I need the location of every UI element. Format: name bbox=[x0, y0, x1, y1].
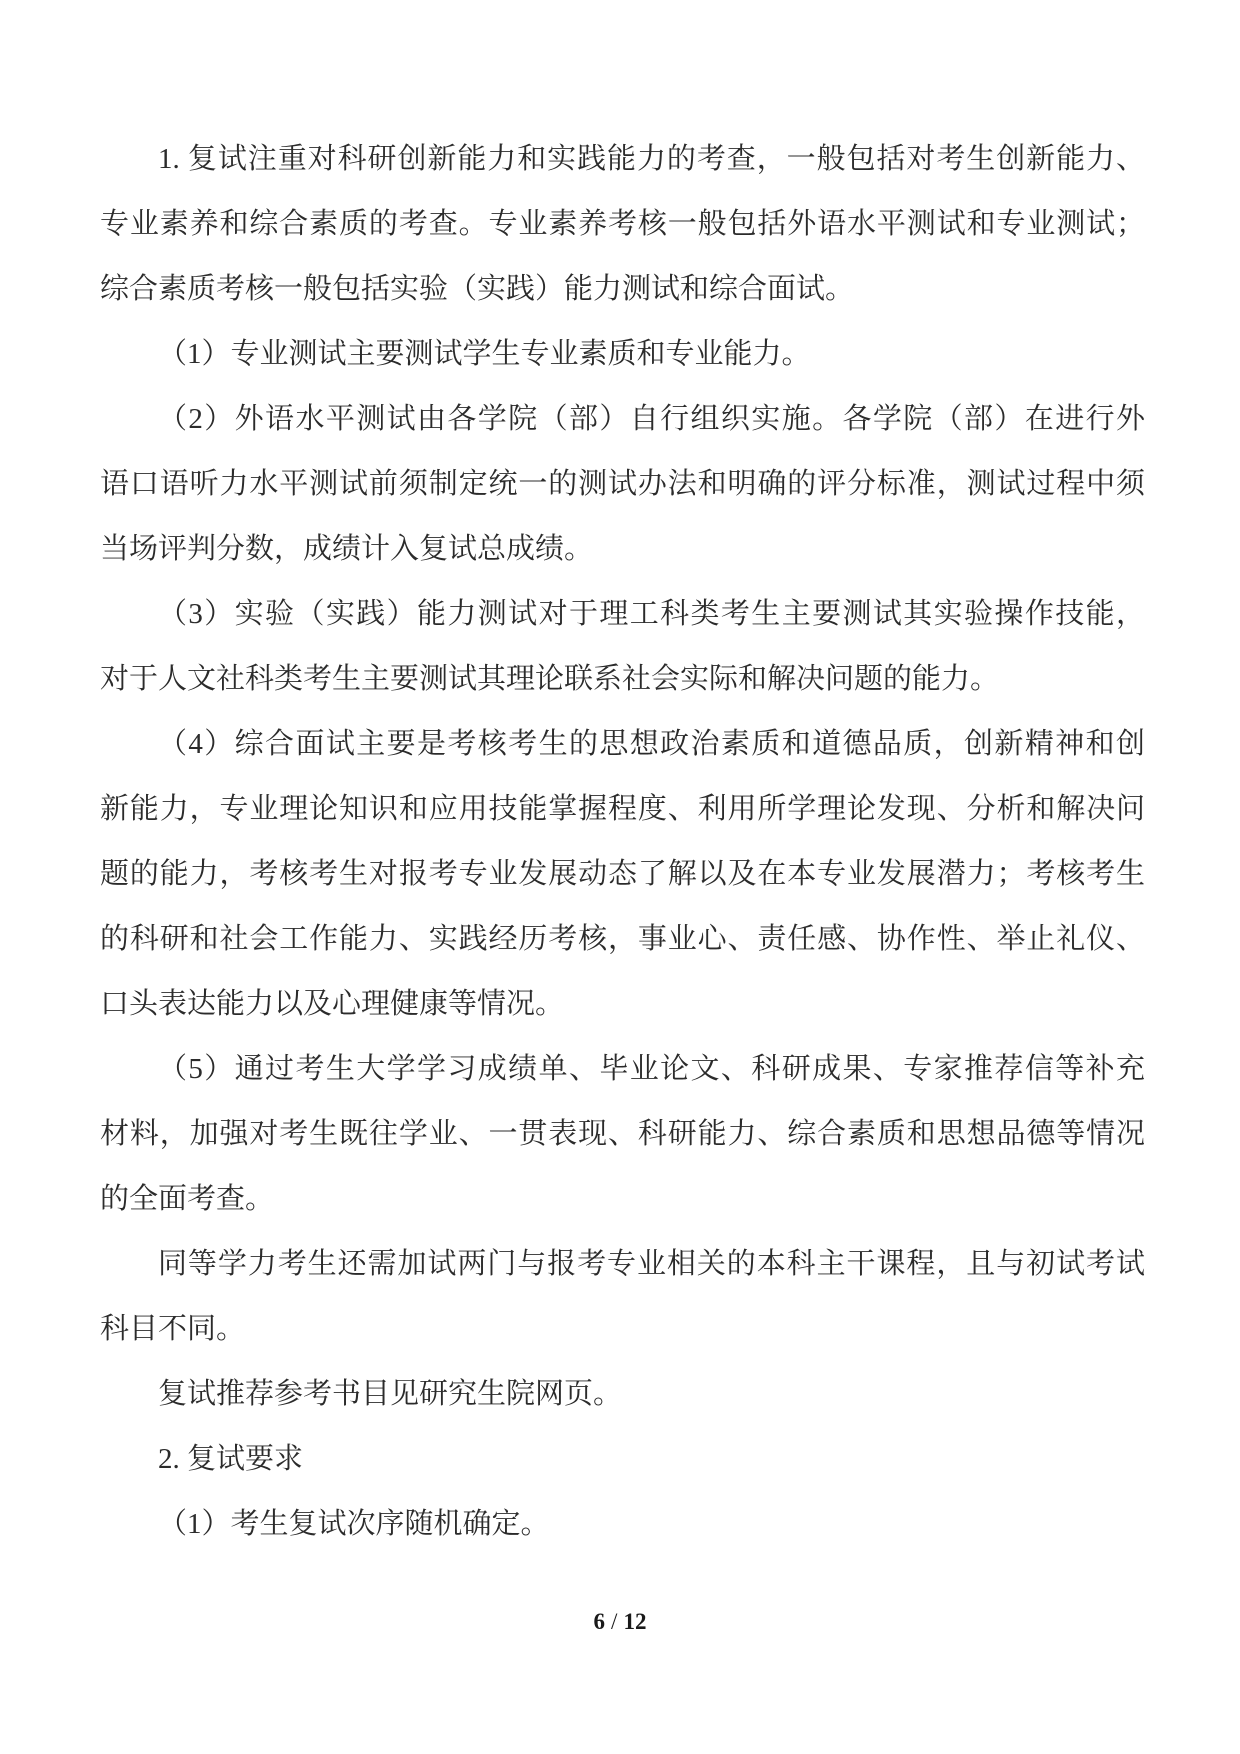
text-line: （3）实验（实践）能力测试对于理工科类考生主要测试其实验操作技能， bbox=[100, 582, 1145, 647]
text-line: 1. 复试注重对科研创新能力和实践能力的考查，一般包括对考生创新能力、 bbox=[100, 127, 1145, 192]
document-body: 1. 复试注重对科研创新能力和实践能力的考查，一般包括对考生创新能力、 专业素养… bbox=[100, 127, 1145, 1557]
page-number-total: 12 bbox=[623, 1609, 646, 1634]
text-line: 专业素养和综合素质的考查。专业素养考核一般包括外语水平测试和专业测试； bbox=[100, 192, 1145, 257]
text-line: 口头表达能力以及心理健康等情况。 bbox=[100, 972, 1145, 1037]
text-line: 的科研和社会工作能力、实践经历考核，事业心、责任感、协作性、举止礼仪、 bbox=[100, 907, 1145, 972]
text-line: 复试推荐参考书目见研究生院网页。 bbox=[100, 1362, 1145, 1427]
text-line: 题的能力，考核考生对报考专业发展动态了解以及在本专业发展潜力；考核考生 bbox=[100, 842, 1145, 907]
text-line: （1）专业测试主要测试学生专业素质和专业能力。 bbox=[100, 322, 1145, 387]
document-page: 1. 复试注重对科研创新能力和实践能力的考查，一般包括对考生创新能力、 专业素养… bbox=[0, 0, 1240, 1754]
text-line: 材料，加强对考生既往学业、一贯表现、科研能力、综合素质和思想品德等情况 bbox=[100, 1102, 1145, 1167]
text-line: 2. 复试要求 bbox=[100, 1427, 1145, 1492]
text-line: （4）综合面试主要是考核考生的思想政治素质和道德品质，创新精神和创 bbox=[100, 712, 1145, 777]
page-footer: 6/12 bbox=[0, 1605, 1240, 1639]
text-line: （2）外语水平测试由各学院（部）自行组织实施。各学院（部）在进行外 bbox=[100, 387, 1145, 452]
text-line: 当场评判分数，成绩计入复试总成绩。 bbox=[100, 517, 1145, 582]
page-number-current: 6 bbox=[594, 1609, 606, 1634]
text-line: 对于人文社科类考生主要测试其理论联系社会实际和解决问题的能力。 bbox=[100, 647, 1145, 712]
text-line: （5）通过考生大学学习成绩单、毕业论文、科研成果、专家推荐信等补充 bbox=[100, 1037, 1145, 1102]
text-line: （1）考生复试次序随机确定。 bbox=[100, 1492, 1145, 1557]
text-line: 科目不同。 bbox=[100, 1297, 1145, 1362]
text-line: 新能力，专业理论知识和应用技能掌握程度、利用所学理论发现、分析和解决问 bbox=[100, 777, 1145, 842]
text-line: 综合素质考核一般包括实验（实践）能力测试和综合面试。 bbox=[100, 257, 1145, 322]
text-line: 同等学力考生还需加试两门与报考专业相关的本科主干课程，且与初试考试 bbox=[100, 1232, 1145, 1297]
text-line: 的全面考查。 bbox=[100, 1167, 1145, 1232]
text-line: 语口语听力水平测试前须制定统一的测试办法和明确的评分标准，测试过程中须 bbox=[100, 452, 1145, 517]
page-number-separator: / bbox=[605, 1609, 623, 1634]
